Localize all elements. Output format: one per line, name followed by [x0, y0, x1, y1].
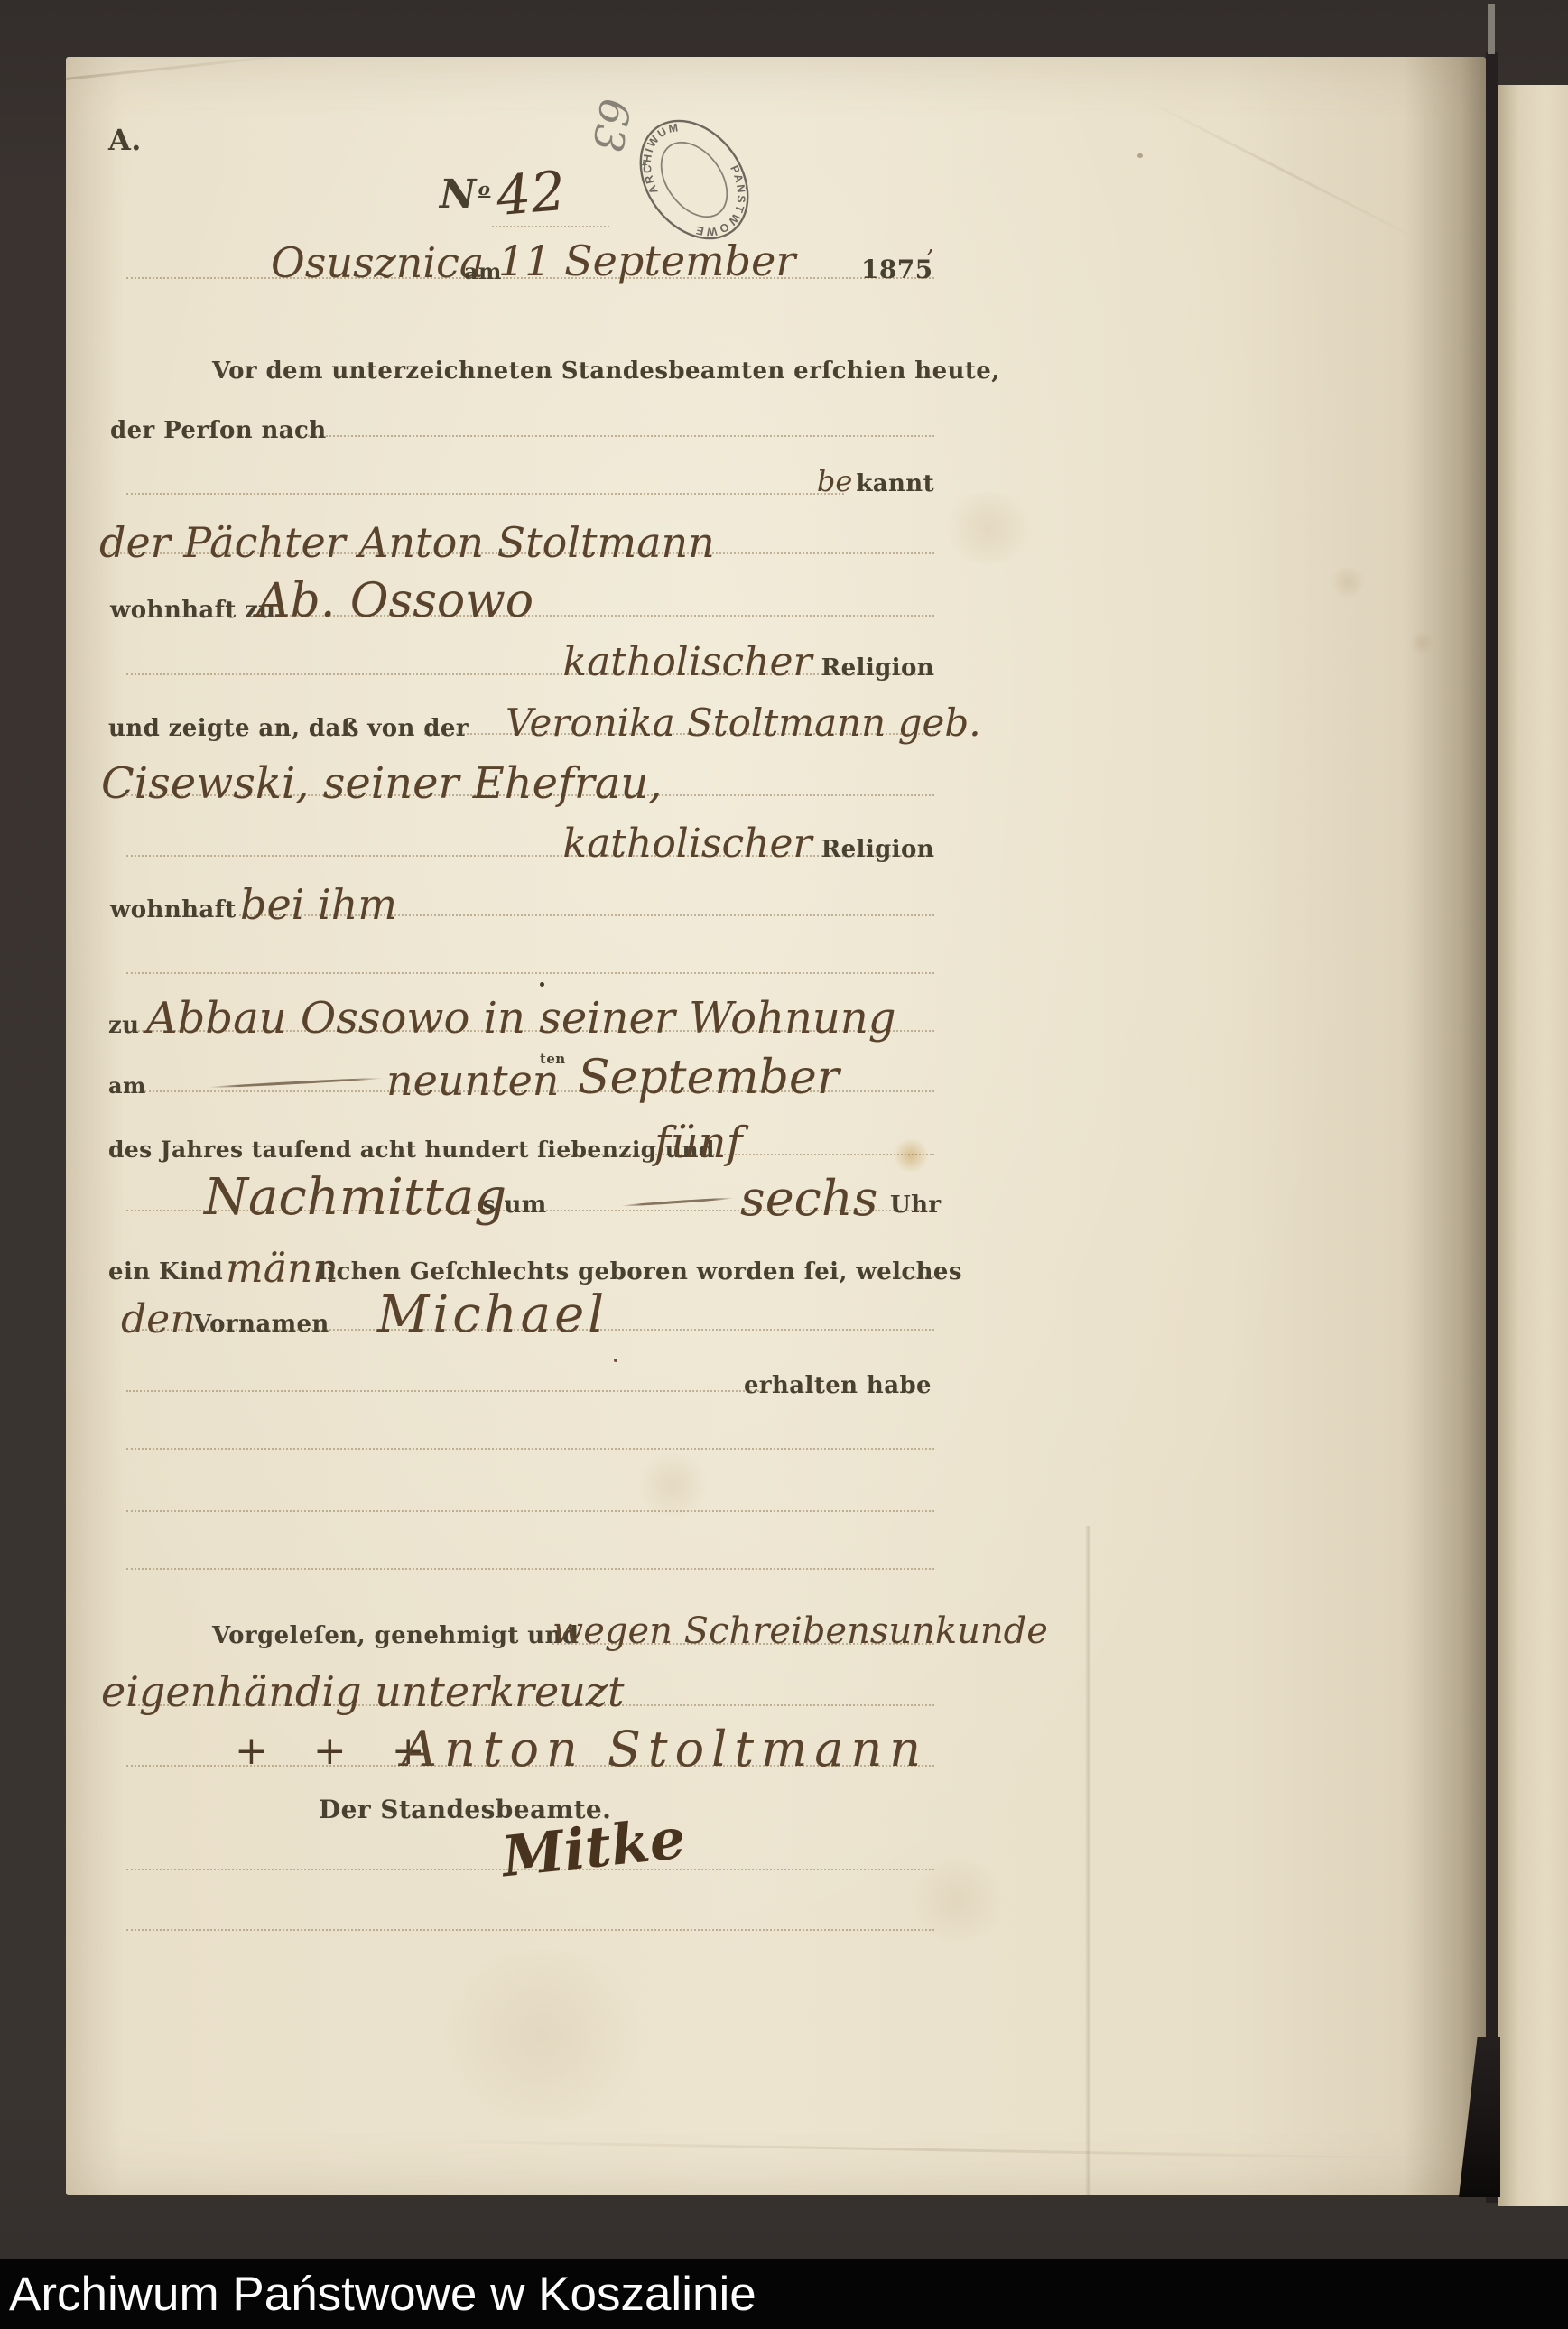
handwritten-hour: sechs [740, 1170, 877, 1227]
printed-uhr: Uhr [890, 1192, 941, 1219]
number-sign-o: o [478, 178, 491, 199]
printed-religion: Religion [821, 654, 934, 682]
record-number-value: 42 [494, 160, 568, 228]
printed-s-um: s um [482, 1192, 547, 1219]
record-number-sign: No [440, 172, 490, 218]
page-gap [1486, 52, 1498, 2203]
ruled-line [126, 972, 934, 974]
printed-child-b: lichen Geſchlechts geboren worden ſei, w… [318, 1258, 962, 1285]
printed-notify-line: und zeigte an, daß von der [108, 715, 469, 742]
ruled-line [126, 1448, 934, 1450]
handwritten-date: 11 September [498, 237, 795, 285]
handwritten-year-word: fünf [654, 1118, 742, 1168]
handwritten-mother-name-2: Cisewski, seiner Ehefrau, [101, 758, 663, 809]
corner-letter: A. [108, 123, 142, 157]
handwritten-be: be [817, 464, 852, 498]
number-sign-n: N [440, 172, 477, 218]
ruled-line [126, 493, 844, 495]
handwritten-residence2: bei ihm [240, 880, 397, 929]
printed-year-line: des Jahres tauſend acht hundert ſiebenzi… [108, 1137, 715, 1163]
handwritten-mother-name: Veronika Stoltmann geb. [506, 701, 981, 745]
handwritten-tick: ’ [926, 246, 933, 273]
ruled-line [126, 1929, 934, 1931]
printed-child-a: ein Kind [108, 1258, 223, 1285]
handwritten-birthplace: Abbau Ossowo in seiner Wohnung [146, 993, 895, 1044]
printed-person-label: der Perſon nach [110, 417, 327, 444]
handwritten-day: neunten [386, 1056, 559, 1105]
ruled-line [126, 1510, 934, 1512]
handwritten-declarant: der Pächter Anton Stoltmann [99, 518, 715, 567]
printed-appeared-line: Vor dem unterzeichneten Standesbeamten e… [212, 357, 1000, 385]
handwritten-time-of-day: Nachmittag [204, 1168, 506, 1227]
ruled-line [126, 1568, 934, 1570]
known-row: be kannt [817, 464, 934, 498]
printed-am: am [464, 258, 502, 284]
printed-religion-2: Religion [821, 836, 934, 863]
handwritten-katholischer-2: katholischer [562, 821, 812, 867]
printed-vornamen: Vornamen [193, 1311, 329, 1338]
archive-stamp: ARCHIWUM PAŃSTWOWE ★ [632, 107, 756, 253]
printed-kannt: kannt [856, 470, 934, 497]
archive-name-label: Archiwum Państwowe w Koszalinie [9, 2267, 756, 2322]
torn-edge-sliver [1488, 4, 1495, 54]
handwritten-place: Osusznica [271, 238, 484, 287]
handwritten-declarant-signature: Anton Stoltmann [402, 1721, 928, 1777]
stamp-arc-top-text: ARCHIWUM [632, 116, 706, 198]
svg-text:ARCHIWUM: ARCHIWUM [632, 116, 706, 198]
printed-closing: Vorgeleſen, genehmigt und [212, 1622, 579, 1649]
printed-residence-label: wohnhaft zu [110, 597, 276, 624]
printed-day-suffix: ten [540, 1051, 566, 1067]
handwritten-month: September [578, 1051, 840, 1105]
handwritten-residence: Ab. Ossowo [256, 574, 533, 628]
handwritten-den: den [121, 1296, 196, 1342]
handwritten-closing: wegen Schreibensunkunde [552, 1610, 1048, 1652]
handwritten-closing-2: eigenhändig unterkreuzt [101, 1667, 625, 1716]
handwritten-first-name: Michael [377, 1285, 608, 1344]
printed-birthplace-label: zu [108, 1012, 139, 1039]
religion-row-2: katholischer Religion [562, 821, 934, 867]
handwritten-katholischer: katholischer [562, 639, 812, 685]
printed-year: 1875 [861, 255, 933, 284]
religion-row-1: katholischer Religion [562, 639, 934, 685]
ruled-line [298, 435, 934, 437]
printed-received: erhalten habe [744, 1372, 932, 1399]
scanned-document-page: A. No 42 63 ARCHIWUM PAŃSTWOWE ★ Osuszni… [0, 0, 1568, 2329]
printed-residence2-label: wohnhaft [110, 896, 237, 923]
printed-day-label: am [108, 1072, 146, 1099]
adjacent-page-edge [1498, 85, 1568, 2206]
ruled-line [126, 1390, 765, 1392]
